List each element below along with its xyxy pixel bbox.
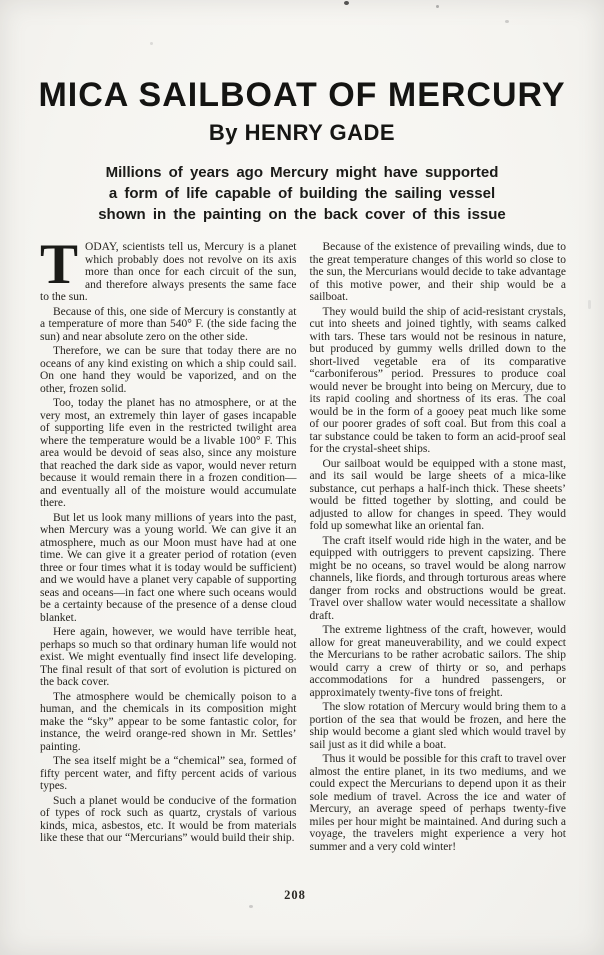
- article-title: MICA SAILBOAT OF MERCURY: [0, 78, 604, 112]
- page-number: 208: [0, 888, 590, 903]
- drop-cap: T: [40, 241, 85, 286]
- paragraph: Thus it would be possible for this craft…: [310, 753, 567, 853]
- subtitle-line: Millions of years ago Mercury might have…: [0, 162, 604, 183]
- paragraph: Such a planet would be conducive of the …: [40, 795, 297, 845]
- paragraph: The craft itself would ride high in the …: [310, 535, 567, 623]
- subtitle-line: shown in the painting on the back cover …: [0, 204, 604, 225]
- paragraph: Because of this, one side of Mercury is …: [40, 306, 297, 344]
- paragraph: Here again, however, we would have terri…: [40, 626, 297, 689]
- article-byline: By HENRY GADE: [0, 122, 604, 144]
- paragraph: Because of the existence of prevailing w…: [310, 241, 567, 304]
- left-column: TODAY, scientists tell us, Mercury is a …: [40, 241, 297, 855]
- paragraph: The sea itself might be a “chemical” sea…: [40, 755, 297, 793]
- paragraph: Therefore, we can be sure that today the…: [40, 345, 297, 395]
- paragraph: The atmosphere would be chemically poiso…: [40, 691, 297, 754]
- article-header: MICA SAILBOAT OF MERCURY By HENRY GADE M…: [0, 0, 604, 225]
- right-column: Because of the existence of prevailing w…: [310, 241, 567, 855]
- subtitle-line: a form of life capable of building the s…: [0, 183, 604, 204]
- paragraph: The slow rotation of Mercury would bring…: [310, 701, 567, 751]
- paragraph: They would build the ship of acid-resist…: [310, 306, 567, 456]
- paragraph: TODAY, scientists tell us, Mercury is a …: [40, 241, 297, 304]
- paragraph: But let us look many millions of years i…: [40, 512, 297, 625]
- article-subtitle: Millions of years ago Mercury might have…: [0, 162, 604, 225]
- paragraph: The extreme lightness of the craft, howe…: [310, 624, 567, 699]
- paragraph: Too, today the planet has no atmosphere,…: [40, 397, 297, 510]
- scan-speck: [249, 905, 253, 908]
- article-body: TODAY, scientists tell us, Mercury is a …: [0, 225, 604, 855]
- paragraph: Our sailboat would be equipped with a st…: [310, 458, 567, 533]
- magazine-scan-page: MICA SAILBOAT OF MERCURY By HENRY GADE M…: [0, 0, 604, 955]
